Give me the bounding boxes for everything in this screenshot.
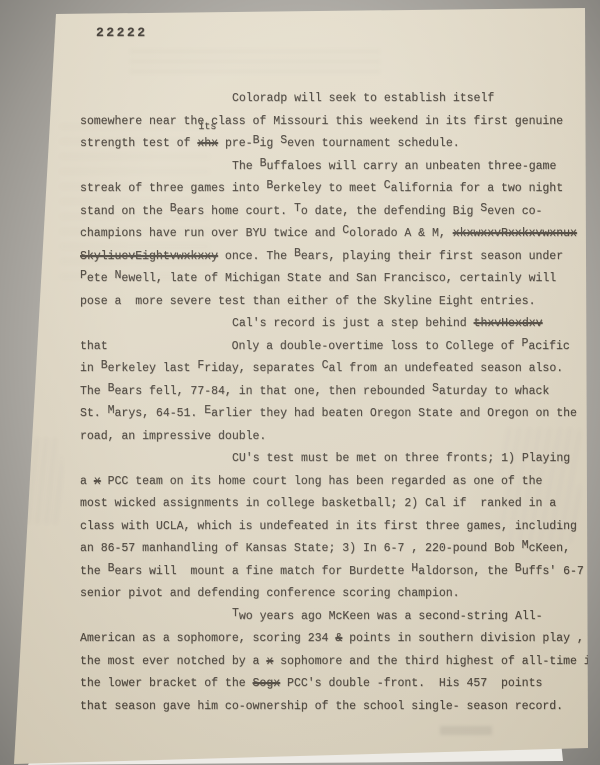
- typed-line: the lower bracket of the Sogx PCC's doub…: [80, 673, 572, 696]
- typed-line: pose a more severe test than either of t…: [80, 291, 572, 314]
- typed-line: senior pivot and defending conference sc…: [80, 583, 572, 606]
- paragraph: CU's test must be met on three fronts; 1…: [80, 448, 572, 606]
- typed-line: Pete Newell, late of Michigan State and …: [80, 268, 572, 291]
- typed-text: Coloradp will seek to establish itselfso…: [80, 88, 572, 718]
- typed-line: the most ever notched by a x sophomore a…: [80, 651, 572, 674]
- inserted-correction: itsxhx: [197, 133, 218, 156]
- typed-line: The Buffaloes will carry an unbeaten thr…: [80, 156, 572, 179]
- typed-line: Coloradp will seek to establish itself: [80, 88, 572, 111]
- typed-line: St. Marys, 64-51. Earlier they had beate…: [80, 403, 572, 426]
- typewritten-document-page: 22222 Coloradp will seek to establish it…: [0, 0, 600, 765]
- pencil-smudge: [2, 438, 62, 524]
- typed-line: Two years ago McKeen was a second-string…: [80, 606, 572, 629]
- typed-line: that season gave him co-ownership of the…: [80, 696, 572, 719]
- typed-line: in Berkeley last Friday, separates Cal f…: [80, 358, 572, 381]
- typed-line: streak of three games into Berkeley to m…: [80, 178, 572, 201]
- typed-line: road, an impressive double.: [80, 426, 572, 449]
- typed-line: CU's test must be met on three fronts; 1…: [80, 448, 572, 471]
- typed-line: somewhere near the class of Missouri thi…: [80, 111, 572, 134]
- typed-line: strength test of itsxhx pre-Big Seven to…: [80, 133, 572, 156]
- typed-line: SkyliuevEightvwxkxxy once. The Bears, pl…: [80, 246, 572, 269]
- typed-line: stand on the Bears home court. To date, …: [80, 201, 572, 224]
- typed-line: class with UCLA, which is undefeated in …: [80, 516, 572, 539]
- typed-line: a x PCC team on its home court long has …: [80, 471, 572, 494]
- typed-line: an 86-57 manhandling of Kansas State; 3)…: [80, 538, 572, 561]
- typed-line: The Bears fell, 77-84, in that one, then…: [80, 381, 572, 404]
- typed-line: the Bears will mount a fine match for Bu…: [80, 561, 572, 584]
- paragraph: Two years ago McKeen was a second-string…: [80, 606, 572, 719]
- page-number-stamp: 22222: [96, 25, 148, 40]
- typed-line: thatOnly a double-overtime loss to Colle…: [80, 336, 572, 359]
- paragraph: The Buffaloes will carry an unbeaten thr…: [80, 156, 572, 314]
- typed-line: champions have run over BYU twice and Co…: [80, 223, 572, 246]
- paragraph: Cal's record is just a step behind thxvH…: [80, 313, 572, 448]
- bleedthrough-mark: [440, 726, 492, 735]
- bleedthrough-mark: [130, 44, 380, 80]
- typed-line: American as a sophomore, scoring 234 & p…: [80, 628, 572, 651]
- typed-line: most wicked assignments in college baske…: [80, 493, 572, 516]
- typed-line: Cal's record is just a step behind thxvH…: [80, 313, 572, 336]
- paragraph: Coloradp will seek to establish itselfso…: [80, 88, 572, 156]
